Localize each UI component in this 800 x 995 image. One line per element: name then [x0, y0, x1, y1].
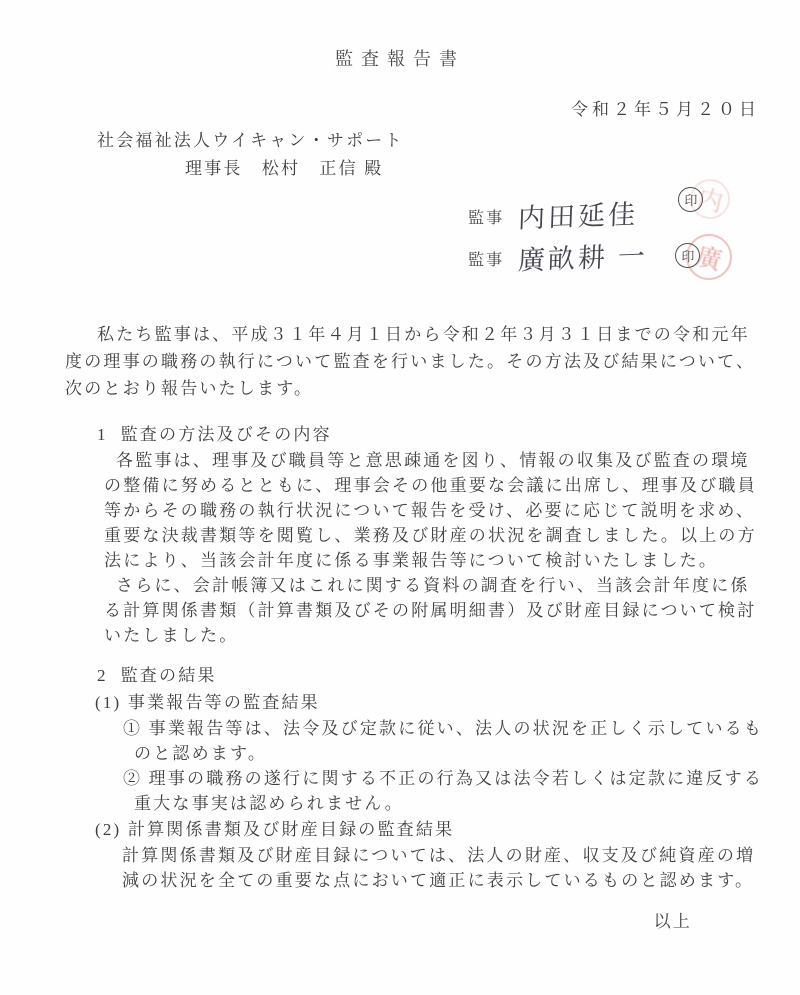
signature-block: 監事 内田延佳 内 印 監事 廣畝耕 一 廣 印 [468, 195, 800, 279]
section1-paragraph1: 各監事は、理事及び職員等と意思疎通を図り、情報の収集及び監査の環境の整備に努める… [104, 448, 765, 573]
section2-heading: 2 監査の結果 [97, 663, 765, 689]
auditor-handwritten-name: 内田延佳 [518, 200, 669, 232]
addressee-recipient: 理事長 松村 正信 殿 [185, 154, 765, 179]
section2-sub1-heading: (1) 事業報告等の監査結果 [95, 690, 765, 716]
closing-ijou: 以上 [0, 907, 692, 932]
auditor-role-label: 監事 [468, 247, 504, 270]
audit-report-page: 監査報告書 令和２年５月２０日 社会福祉法人ウイキャン・サポート 理事長 松村 … [0, 0, 800, 995]
report-date: 令和２年５月２０日 [0, 95, 800, 120]
section1-heading: 1 監査の方法及びその内容 [97, 422, 765, 448]
section2-sub2-paragraph: 計算関係書類及び財産目録については、法人の財産、収支及び純資産の増減の状況を全て… [122, 843, 765, 893]
addressee-organization: 社会福祉法人ウイキャン・サポート [97, 126, 765, 151]
auditor-handwritten-name: 廣畝耕 一 [518, 242, 669, 274]
section2-item2: ② 理事の職務の遂行に関する不正の行為又は法令若しくは定款に違反する重大な事実は… [123, 766, 765, 816]
page-title: 監査報告書 [0, 0, 800, 71]
seal-area: 廣 印 [678, 237, 730, 279]
section2-sub2-heading: (2) 計算関係書類及び財産目録の監査結果 [95, 817, 765, 843]
section1-paragraph2: さらに、会計帳簿又はこれに関する資料の調査を行い、当該会計年度に係る計算関係書類… [104, 573, 765, 648]
intro-paragraph: 私たち監事は、平成３１年４月１日から令和２年３月３１日までの令和元年度の理事の職… [65, 321, 760, 402]
section2-item1: ① 事業報告等は、法令及び定款に従い、法人の状況を正しく示しているものと認めます… [123, 716, 765, 766]
seal-area: 内 印 [678, 195, 730, 237]
auditor-role-label: 監事 [468, 205, 504, 228]
auditor-signature-row: 監事 廣畝耕 一 廣 印 [468, 237, 800, 279]
auditor-signature-row: 監事 内田延佳 内 印 [468, 195, 800, 237]
